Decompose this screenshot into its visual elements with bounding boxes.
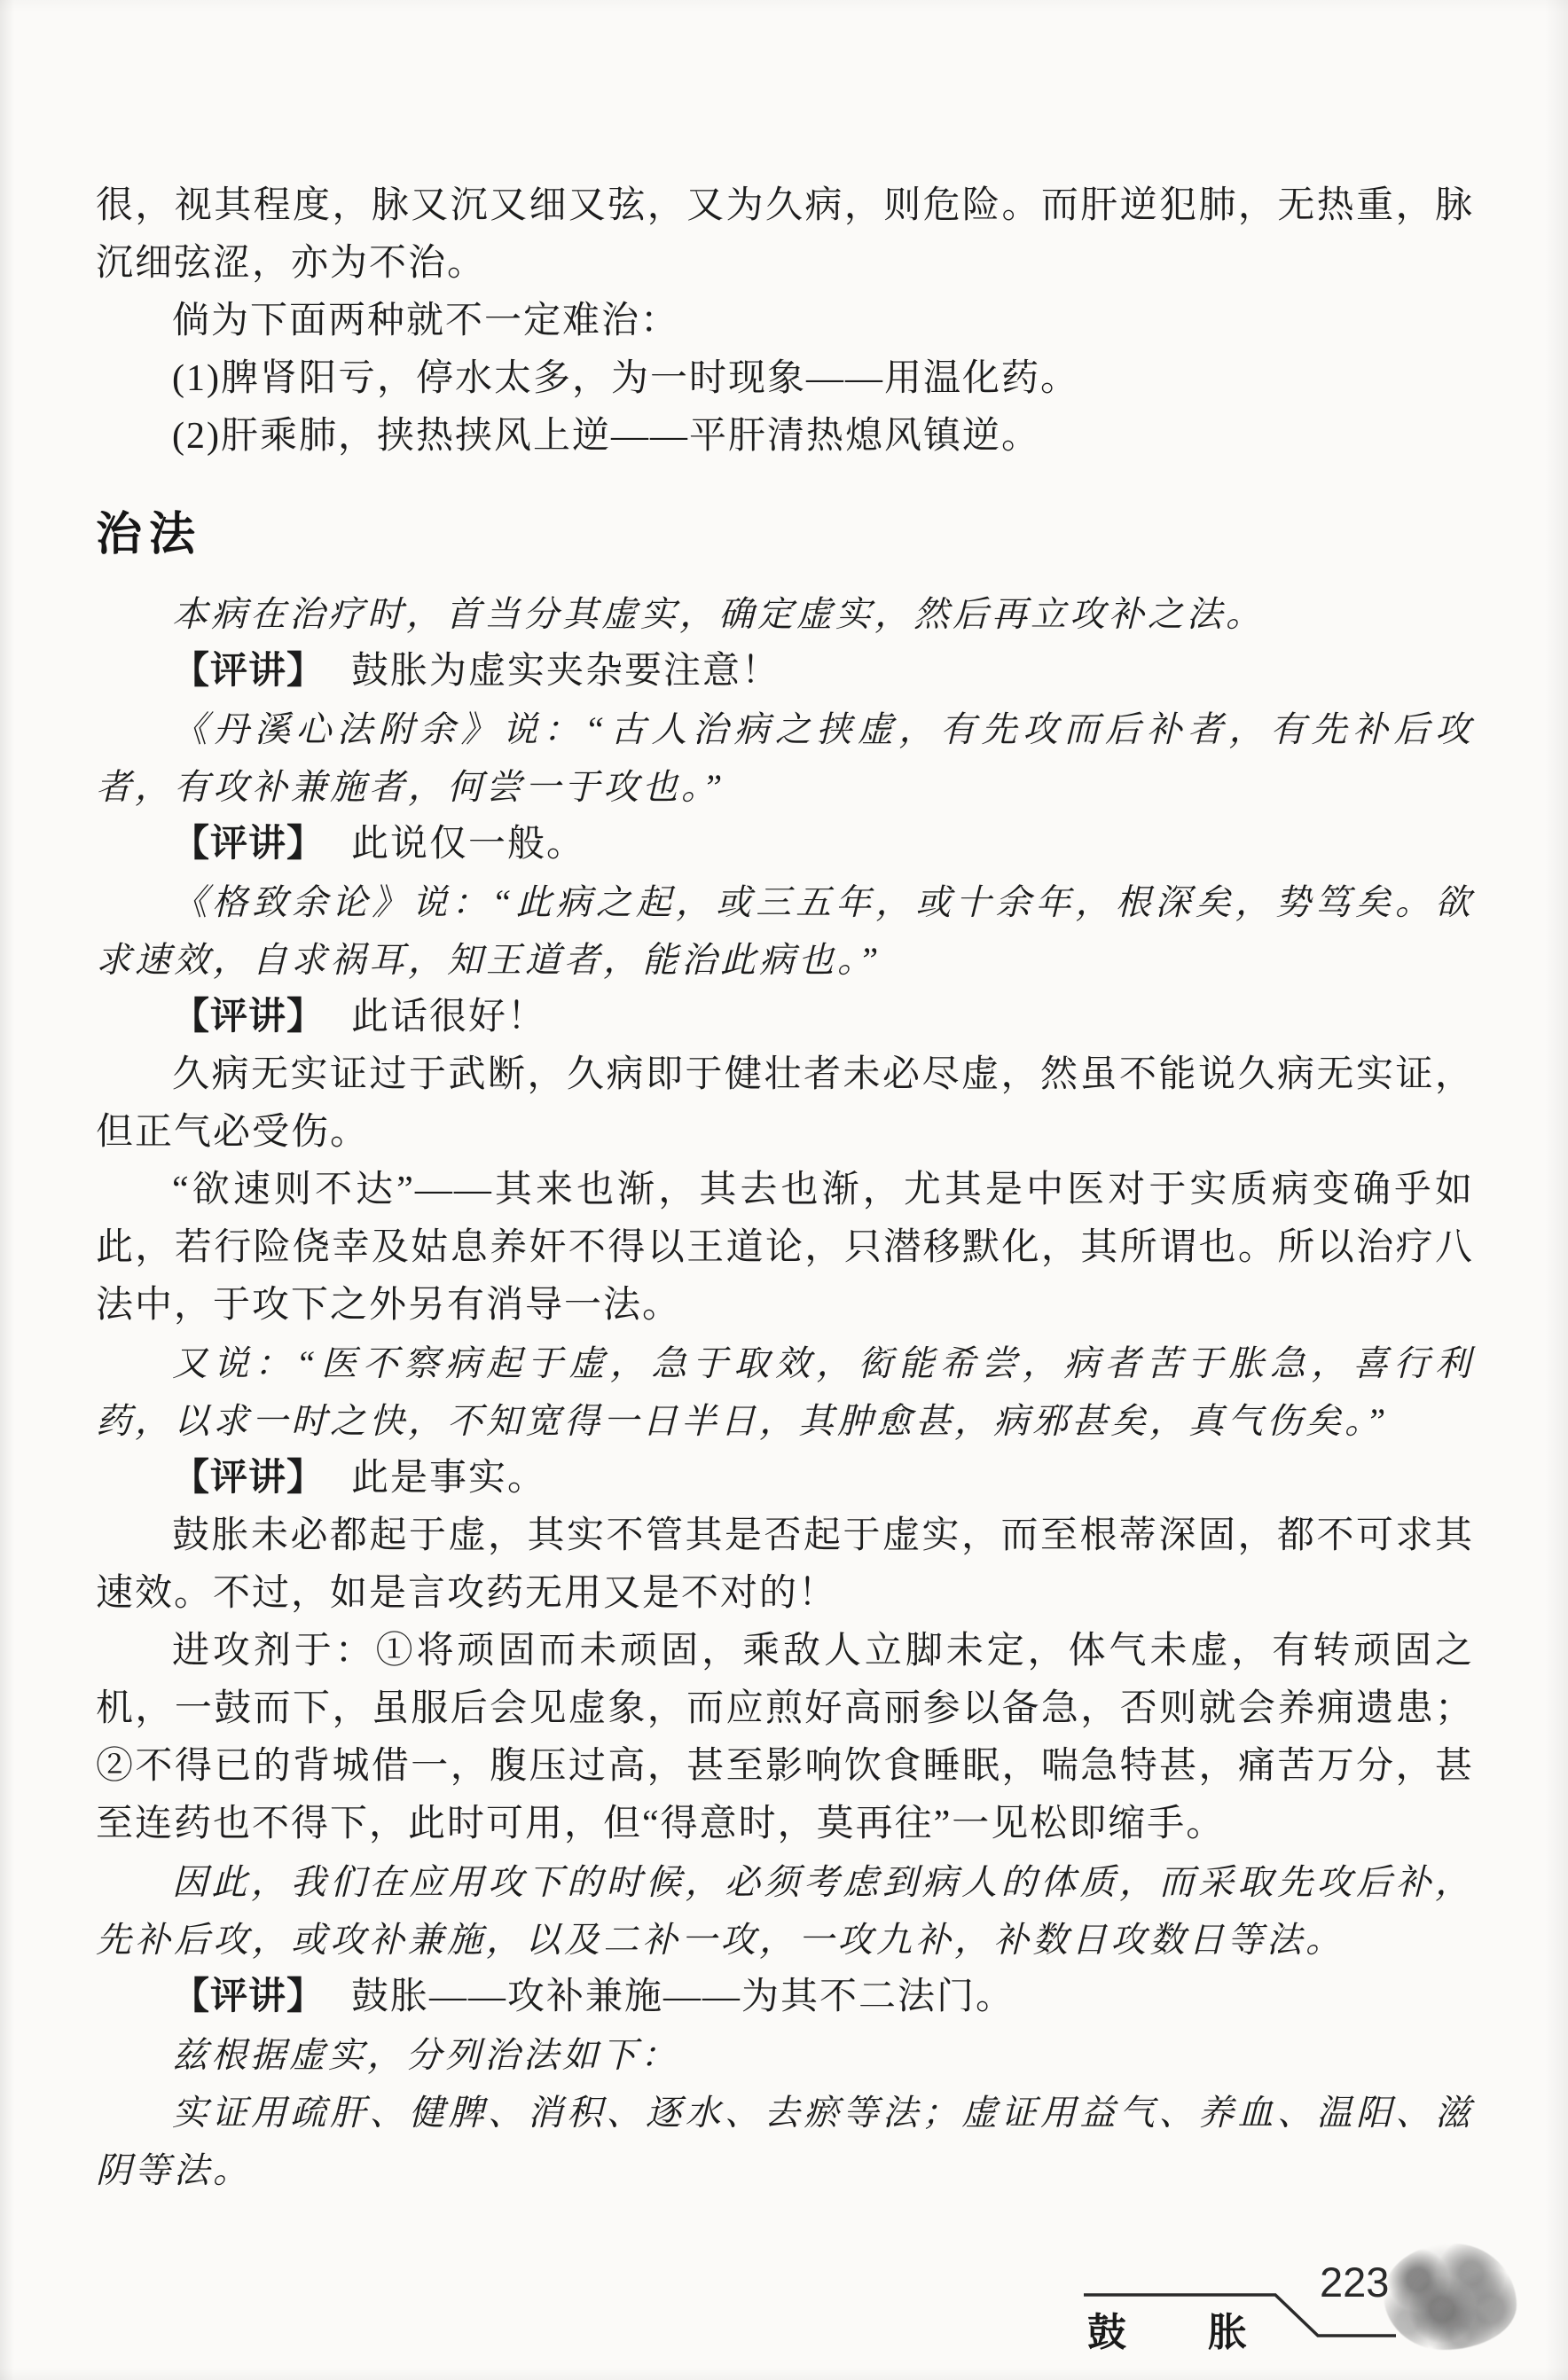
- lecture-paragraph: 本病在治疗时，首当分其虚实，确定虚实，然后再立攻补之法。: [96, 585, 1474, 643]
- comment-paragraph: 【评讲】此话很好！: [96, 989, 1474, 1046]
- paragraph: 久病无实证过于武断，久病即于健壮者未必尽虚，然虽不能说久病无实证，但正气必受伤。: [96, 1046, 1474, 1162]
- list-item-2: (2)肝乘肺，挟热挟风上逆——平肝清热熄风镇逆。: [96, 408, 1474, 466]
- comment-label: 【评讲】: [172, 824, 325, 865]
- footer-page-number: 223: [1320, 2258, 1389, 2306]
- comment-label: 【评讲】: [172, 1977, 325, 2017]
- paragraph: 倘为下面两种就不一定难治：: [96, 293, 1474, 350]
- comment-text: 鼓胀——攻补兼施——为其不二法门。: [351, 1977, 1015, 2017]
- lecture-paragraph: 兹根据虚实，分列治法如下：: [96, 2026, 1474, 2084]
- quote-paragraph: 《格致余论》说：“此病之起，或三五年，或十余年，根深矣，势笃矣。欲求速效，自求祸…: [96, 873, 1474, 989]
- paragraph: 鼓胀未必都起于虚，其实不管其是否起于虚实，而至根蒂深固，都不可求其速效。不过，如…: [96, 1507, 1474, 1623]
- quote-paragraph: 《丹溪心法附余》说：“古人治病之挟虚，有先攻而后补者，有先补后攻者，有攻补兼施者…: [96, 701, 1474, 816]
- lecture-paragraph: 实证用疏肝、健脾、消积、逐水、去瘀等法；虚证用益气、养血、温阳、滋阴等法。: [96, 2084, 1474, 2199]
- page-body-text: 很，视其程度，脉又沉又细又弦，又为久病，则危险。而肝逆犯肺，无热重，脉沉细弦涩，…: [96, 177, 1474, 2199]
- comment-text: 此说仅一般。: [351, 824, 585, 865]
- paragraph-continuation: 很，视其程度，脉又沉又细又弦，又为久病，则危险。而肝逆犯肺，无热重，脉沉细弦涩，…: [96, 177, 1474, 293]
- list-item-1: (1)脾肾阳亏，停水太多，为一时现象——用温化药。: [96, 350, 1474, 408]
- section-heading: 治法: [96, 506, 1474, 564]
- comment-label: 【评讲】: [172, 651, 325, 692]
- comment-label: 【评讲】: [172, 1458, 325, 1499]
- page-footer: 鼓胀 223: [1071, 2242, 1550, 2375]
- comment-paragraph: 【评讲】此是事实。: [96, 1450, 1474, 1507]
- comment-label: 【评讲】: [172, 997, 325, 1037]
- comment-text: 此话很好！: [351, 997, 546, 1037]
- comment-paragraph: 【评讲】鼓胀——攻补兼施——为其不二法门。: [96, 1969, 1474, 2026]
- paragraph: 进攻剂于：①将顽固而未顽固，乘敌人立脚未定，体气未虚，有转顽固之机，一鼓而下，虽…: [96, 1623, 1474, 1853]
- comment-paragraph: 【评讲】此说仅一般。: [96, 816, 1474, 873]
- quote-paragraph: 又说：“医不察病起于虚，急于取效，衒能希尝，病者苦于胀急，喜行利药，以求一时之快…: [96, 1335, 1474, 1450]
- paragraph: “欲速则不达”——其来也渐，其去也渐，尤其是中医对于实质病变确乎如此，若行险侥幸…: [96, 1162, 1474, 1335]
- comment-text: 鼓胀为虚实夹杂要注意！: [351, 651, 780, 692]
- lecture-paragraph: 因此，我们在应用攻下的时候，必须考虑到病人的体质，而采取先攻后补，先补后攻，或攻…: [96, 1853, 1474, 1969]
- comment-text: 此是事实。: [351, 1458, 546, 1499]
- scanned-book-page: 很，视其程度，脉又沉又细又弦，又为久病，则危险。而肝逆犯肺，无热重，脉沉细弦涩，…: [0, 0, 1568, 2380]
- comment-paragraph: 【评讲】鼓胀为虚实夹杂要注意！: [96, 643, 1474, 701]
- footer-chapter-title: 鼓胀: [1087, 2300, 1329, 2357]
